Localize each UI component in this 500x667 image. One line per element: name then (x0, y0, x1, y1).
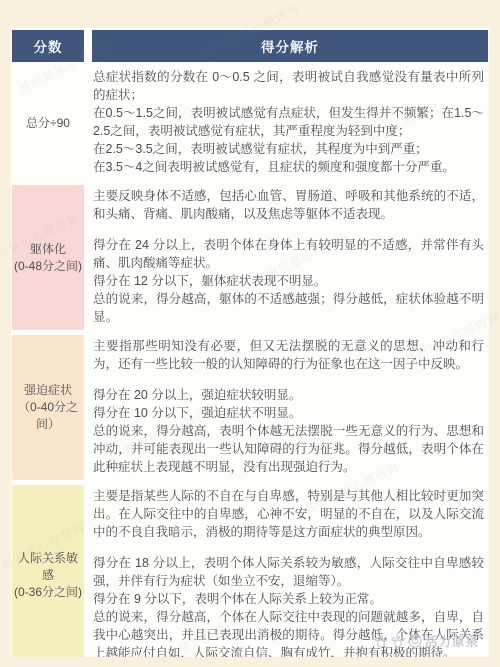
analysis-line: 在0.5～1.5之间，表明被试感觉有点症状，但发生得并不频繁；在1.5～2.5之… (93, 104, 484, 140)
camera-logo-icon (408, 634, 422, 648)
factor-description: 主要反映身体不适感，包括心血管、胃肠道、呼吸和其他系统的不适，和头痛、背痛、肌肉… (93, 187, 484, 223)
factor-label-cell: 躯体化 (0-48分之间) (12, 185, 84, 330)
factor-score-range: (0-48分之间) (14, 258, 82, 275)
score-interpretation-lines: 得分在 20 分以上，强迫症状较明显。得分在 10 分以下，强迫症状不明显。总的… (93, 386, 484, 476)
analysis-line: 得分在 20 分以上，强迫症状较明显。 (93, 386, 484, 404)
table-header-row: 分数 得分解析 (11, 28, 489, 62)
analysis-line: 得分在 18 分以上，表明个体人际关系较为敏感，人际交往中自卑感较强，并伴有行为… (93, 554, 484, 590)
analysis-line: 得分在 9 分以下，表明个体在人际关系上较为正常。 (93, 590, 484, 608)
score-analysis-cell: 总症状指数的分数在 0～0.5 之间，表明被试自我感觉没有量表中所列的症状；在0… (93, 66, 488, 180)
factor-name: 总分÷90 (26, 115, 70, 132)
factor-description: 主要是指某些人际的不自在与自卑感，特别是与其他人相比较时更加突出。在人际交往中的… (93, 487, 484, 541)
paw-icon (391, 635, 405, 648)
factor-label-cell: 人际关系敏感 (0-36分之间) (12, 485, 84, 657)
table-row: 强迫症状 （0-40分之间） 主要指那些明知没有必要，但又无法摆脱的无意义的思想… (12, 335, 488, 480)
table-row: 总分÷90 总症状指数的分数在 0～0.5 之间，表明被试自我感觉没有量表中所列… (12, 66, 488, 180)
factor-score-range: （0-40分之间） (13, 399, 83, 433)
table-row: 躯体化 (0-48分之间) 主要反映身体不适感，包括心血管、胃肠道、呼吸和其他系… (12, 185, 488, 330)
column-header-score: 分数 (12, 30, 84, 62)
document-page: 苏州星星心理咨询 苏州星星心理咨询 苏州星星心理咨询 苏州星星心理咨询 苏州星星… (0, 0, 500, 667)
analysis-line: 得分在 12 分以下，躯体症状表现不明显。 (93, 272, 484, 290)
score-analysis-cell: 主要指那些明知没有必要，但又无法摆脱的无意义的思想、冲动和行为，还有一些比较一般… (93, 335, 488, 480)
analysis-line: 在2.5～3.5之间，表明被试感觉有症状，其程度为中到严重； (93, 140, 484, 158)
score-interpretation-lines: 得分在 24 分以上，表明个体在身体上有较明显的不适感，并常伴有头痛、肌肉酸痛等… (93, 236, 484, 326)
factor-label-cell: 总分÷90 (12, 66, 84, 180)
score-analysis-cell: 主要反映身体不适感，包括心血管、胃肠道、呼吸和其他系统的不适，和头痛、背痛、肌肉… (93, 185, 488, 330)
factor-name: 强迫症状 (24, 382, 72, 399)
footer-watermark: 活力原泉 (374, 632, 479, 650)
column-header-analysis: 得分解析 (92, 30, 488, 62)
analysis-line: 得分在 10 分以下，强迫症状不明显。 (93, 404, 484, 422)
footer-watermark-text: 活力原泉 (425, 632, 479, 650)
score-interpretation-lines: 总症状指数的分数在 0～0.5 之间，表明被试自我感觉没有量表中所列的症状；在0… (93, 68, 484, 176)
factor-score-range: (0-36分之间) (14, 584, 82, 601)
analysis-line: 在3.5～4之间表明被试感觉有，且症状的频度和强度都十分严重。 (93, 158, 484, 176)
analysis-line: 总的说来，得分越高，躯体的不适感越强；得分越低，症状体验越不明显。 (93, 290, 484, 326)
table-body: 总分÷90 总症状指数的分数在 0～0.5 之间，表明被试自我感觉没有量表中所列… (11, 66, 489, 657)
paw-icon (374, 635, 388, 648)
score-analysis-table: 分数 得分解析 总分÷90 总症状指数的分数在 0～0.5 之间，表明被试自我感… (11, 28, 489, 657)
factor-name: 躯体化 (30, 241, 66, 258)
factor-name: 人际关系敏感 (13, 550, 83, 584)
factor-description: 主要指那些明知没有必要，但又无法摆脱的无意义的思想、冲动和行为，还有一些比较一般… (93, 337, 484, 373)
factor-label-cell: 强迫症状 （0-40分之间） (12, 335, 84, 480)
analysis-line: 总的说来，得分越高，表明个体越无法摆脱一些无意义的行为、思想和冲动，并可能表现出… (93, 422, 484, 476)
analysis-line: 得分在 24 分以上，表明个体在身体上有较明显的不适感，并常伴有头痛、肌肉酸痛等… (93, 236, 484, 272)
analysis-line: 总症状指数的分数在 0～0.5 之间，表明被试自我感觉没有量表中所列的症状； (93, 68, 484, 104)
